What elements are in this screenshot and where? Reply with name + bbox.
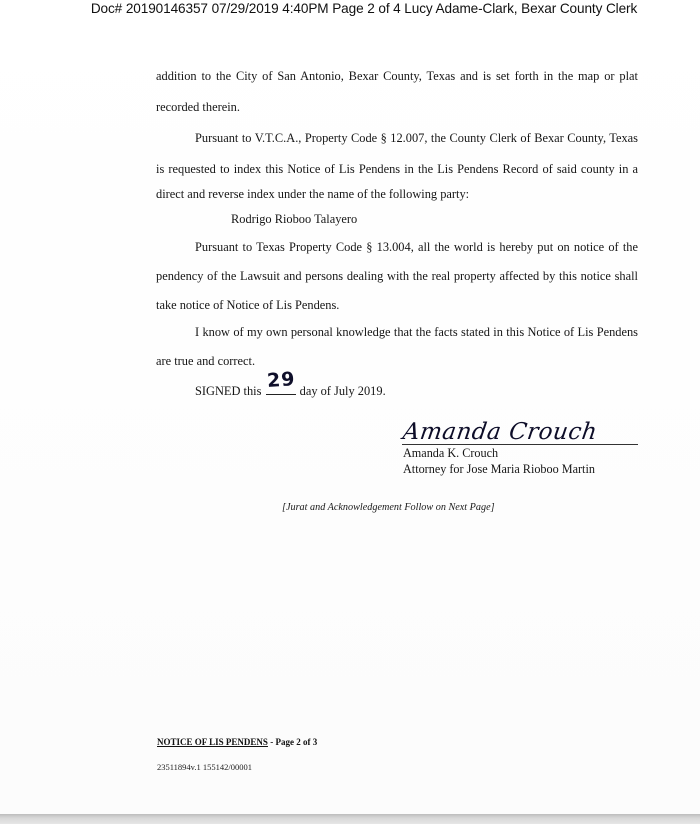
day-blank: 29 bbox=[266, 382, 296, 395]
body-line: is requested to index this Notice of Lis… bbox=[156, 162, 638, 177]
body-line: Pursuant to Texas Property Code § 13.004… bbox=[195, 240, 638, 255]
body-line: Pursuant to V.T.C.A., Property Code § 12… bbox=[195, 131, 638, 146]
body-line: are true and correct. bbox=[156, 354, 255, 369]
signature-line bbox=[402, 444, 638, 445]
recording-stamp: Doc# 20190146357 07/29/2019 4:40PM Page … bbox=[0, 1, 700, 16]
footer-title: NOTICE OF LIS PENDENS - Page 2 of 3 bbox=[157, 737, 317, 747]
signed-suffix: day of July 2019. bbox=[297, 384, 386, 398]
signer-name: Amanda K. Crouch bbox=[403, 446, 498, 461]
signed-date-line: SIGNED this 29 day of July 2019. bbox=[195, 382, 386, 399]
body-line: I know of my own personal knowledge that… bbox=[195, 325, 638, 340]
indexed-party-name: Rodrigo Rioboo Talayero bbox=[231, 212, 357, 227]
footer-page-label: - Page 2 of 3 bbox=[268, 737, 317, 747]
jurat-note: [Jurat and Acknowledgement Follow on Nex… bbox=[282, 502, 495, 513]
body-line: pendency of the Lawsuit and persons deal… bbox=[156, 269, 638, 284]
body-line: take notice of Notice of Lis Pendens. bbox=[156, 298, 339, 313]
body-line: recorded therein. bbox=[156, 100, 240, 115]
signed-prefix: SIGNED this bbox=[195, 384, 265, 398]
body-line: direct and reverse index under the name … bbox=[156, 187, 469, 202]
signer-title: Attorney for Jose Maria Rioboo Martin bbox=[403, 462, 595, 477]
handwritten-signature: Amanda Crouch bbox=[401, 419, 599, 445]
footer-doc-title: NOTICE OF LIS PENDENS bbox=[157, 737, 268, 747]
viewer-bottom-edge bbox=[0, 814, 700, 824]
body-line: addition to the City of San Antonio, Bex… bbox=[156, 69, 638, 84]
document-page: Doc# 20190146357 07/29/2019 4:40PM Page … bbox=[0, 0, 700, 814]
footer-doc-id: 23511894v.1 155142/00001 bbox=[157, 762, 252, 772]
handwritten-day: 29 bbox=[266, 368, 296, 392]
